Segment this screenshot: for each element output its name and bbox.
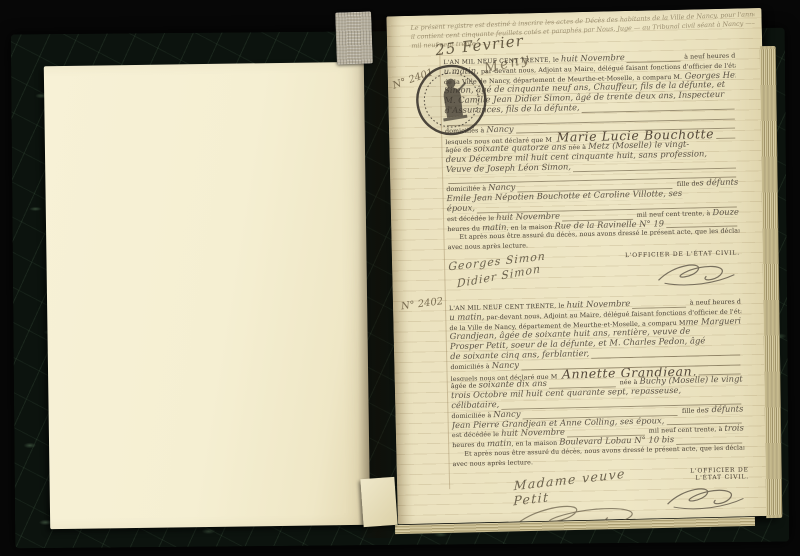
- officer-signature-flourish: [654, 258, 741, 286]
- officer-title: L'Officier de l'état civil.: [625, 249, 740, 259]
- death-record-2401: L'an mil neuf cent trente, le huit Novem…: [443, 51, 740, 292]
- blank-left-page: [44, 62, 370, 529]
- officer-signature-flourish: [663, 482, 750, 510]
- officer-title: L'Officier de l'état civil.: [663, 466, 749, 482]
- record-number: N° 2402: [400, 296, 443, 312]
- record-lines: L'an mil neuf cent trente, le huit Novem…: [449, 296, 745, 469]
- page-edge-stack-corner: [360, 477, 397, 527]
- record-lines: L'an mil neuf cent trente, le huit Novem…: [443, 51, 739, 254]
- book-scan: Le présent registre est destiné à inscri…: [0, 0, 800, 556]
- binding-tape: [335, 11, 373, 64]
- death-record-2402: L'an mil neuf cent trente, le huit Novem…: [449, 296, 746, 530]
- register-right-page: Le présent registre est destiné à inscri…: [386, 8, 772, 524]
- official-seal-stamp-icon: [409, 58, 494, 143]
- signature-row: Georges Simon Didier Simon L'Officier de…: [448, 249, 741, 291]
